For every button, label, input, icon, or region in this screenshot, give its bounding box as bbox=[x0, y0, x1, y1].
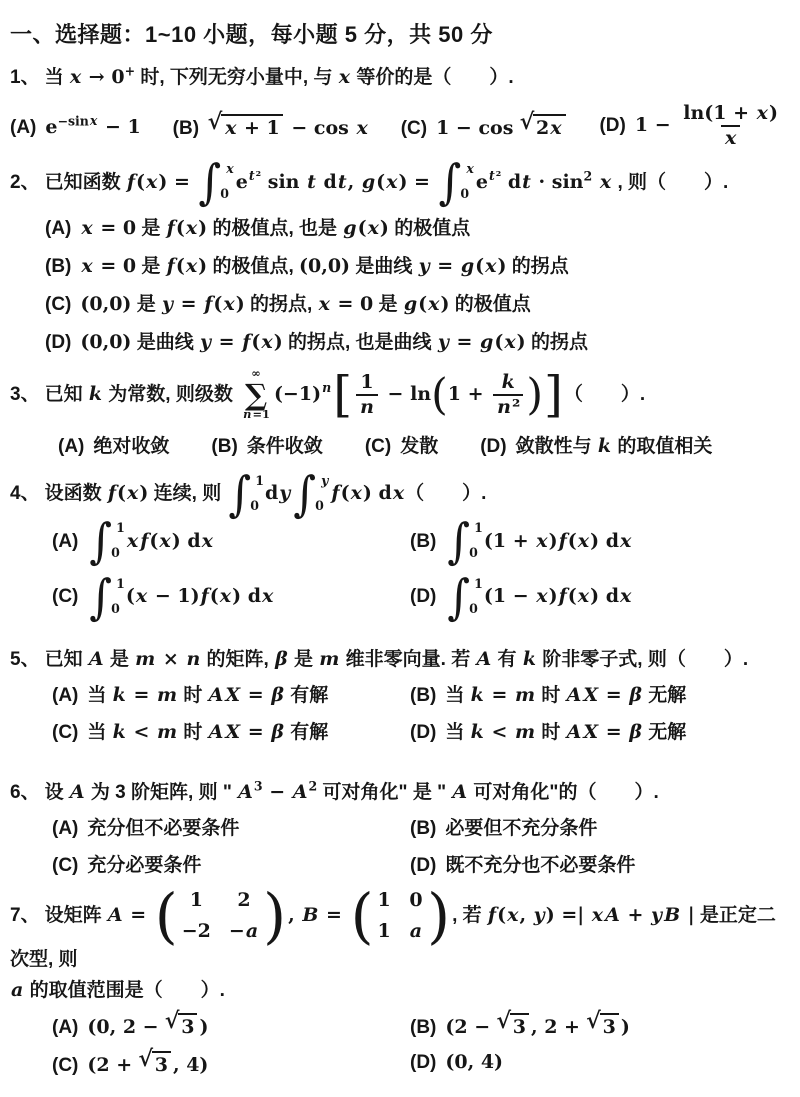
option-a: (A)充分但不必要条件 bbox=[52, 813, 410, 840]
question-1-stem: 1、当 x → 0+ 时, 下列无穷小量中, 与 x 等价的是（ ）. bbox=[10, 63, 790, 92]
option-body: 发散 bbox=[400, 436, 438, 457]
option-body: 既不充分也不必要条件 bbox=[445, 855, 635, 876]
question-number: 4、 bbox=[10, 483, 40, 504]
option-label: (D) bbox=[410, 1052, 436, 1073]
option-d: (D)当 k < m 时 AX = β 无解 bbox=[410, 717, 790, 744]
question-4-stem: 4、设函数 f(x) 连续, 则 ∫10dy∫y0f(x) dx（ ）. bbox=[10, 474, 790, 516]
question-3-stem: 3、已知 k 为常数, 则级数 ∞∑n=1(−1)n[1n − ln(1 + k… bbox=[10, 368, 790, 420]
option-label: (B) bbox=[45, 256, 71, 277]
option-body: (0,0) 是曲线 y = f(x) 的拐点, 也是曲线 y = g(x) 的拐… bbox=[80, 332, 588, 353]
question-text: 已知 k 为常数, 则级数 ∞∑n=1(−1)n[1n − ln(1 + kn²… bbox=[45, 384, 646, 405]
option-d: (D)∫10(1 − x)f(x) dx bbox=[410, 577, 790, 619]
option-label: (A) bbox=[45, 218, 71, 239]
question-2-stem: 2、已知函数 f(x) = ∫x0et² sin t dt, g(x) = ∫x… bbox=[10, 162, 790, 204]
option-label: (A) bbox=[58, 436, 84, 457]
option-body: (0, 2 − 3) bbox=[87, 1017, 208, 1038]
option-c: (C)发散 bbox=[365, 431, 438, 458]
option-a: (A)x = 0 是 f(x) 的极值点, 也是 g(x) 的极值点 bbox=[45, 213, 790, 240]
option-label: (B) bbox=[410, 1017, 436, 1038]
option-body: (2 − 3, 2 + 3) bbox=[445, 1017, 629, 1038]
question-7-stem-continued: a 的取值范围是（ ）. bbox=[10, 977, 790, 1005]
option-body: 1 − ln(1 + x)x bbox=[635, 115, 784, 136]
option-body: (0,0) 是 y = f(x) 的拐点, x = 0 是 g(x) 的极值点 bbox=[80, 294, 530, 315]
option-label: (B) bbox=[410, 818, 436, 839]
question-text: 已知函数 f(x) = ∫x0et² sin t dt, g(x) = ∫x0e… bbox=[45, 172, 729, 193]
option-b: (B)必要但不充分条件 bbox=[410, 813, 790, 840]
option-d: (D)敛散性与 k 的取值相关 bbox=[480, 431, 712, 458]
question-number: 3、 bbox=[10, 384, 40, 405]
option-label: (C) bbox=[401, 118, 427, 139]
option-b: (B)(2 − 3, 2 + 3) bbox=[410, 1011, 790, 1039]
option-label: (D) bbox=[410, 722, 436, 743]
question-2: 2、已知函数 f(x) = ∫x0et² sin t dt, g(x) = ∫x… bbox=[10, 162, 790, 355]
option-label: (A) bbox=[52, 1017, 78, 1038]
question-text: 已知 A 是 m × n 的矩阵, β 是 m 维非零向量. 若 A 有 k 阶… bbox=[45, 649, 749, 670]
option-c: (C)(2 + 3, 4) bbox=[52, 1049, 410, 1077]
option-body: e−sinx − 1 bbox=[45, 117, 140, 138]
option-c: (C)充分必要条件 bbox=[52, 850, 410, 877]
option-label: (D) bbox=[410, 586, 436, 607]
option-body: ∫10xf(x) dx bbox=[87, 531, 214, 552]
question-number: 1、 bbox=[10, 67, 40, 88]
option-label: (D) bbox=[599, 115, 625, 136]
question-2-options: (A)x = 0 是 f(x) 的极值点, 也是 g(x) 的极值点 (B)x … bbox=[10, 213, 790, 354]
option-body: 当 k < m 时 AX = β 无解 bbox=[445, 722, 686, 743]
option-b: (B)条件收敛 bbox=[211, 431, 322, 458]
option-a: (A)(0, 2 − 3) bbox=[52, 1011, 410, 1039]
option-b: (B)当 k = m 时 AX = β 无解 bbox=[410, 680, 790, 707]
option-label: (D) bbox=[480, 436, 506, 457]
option-body: 绝对收敛 bbox=[93, 436, 169, 457]
option-body: 条件收敛 bbox=[247, 436, 323, 457]
option-body: (2 + 3, 4) bbox=[87, 1055, 208, 1076]
question-1-options: (A)e−sinx − 1 (B)x + 1 − cos x (C)1 − co… bbox=[10, 98, 790, 154]
option-body: 充分必要条件 bbox=[87, 855, 201, 876]
question-5-stem: 5、已知 A 是 m × n 的矩阵, β 是 m 维非零向量. 若 A 有 k… bbox=[10, 646, 790, 674]
option-label: (A) bbox=[52, 818, 78, 839]
question-7-options: (A)(0, 2 − 3) (B)(2 − 3, 2 + 3) (C)(2 + … bbox=[10, 1011, 790, 1077]
option-body: x + 1 − cos x bbox=[208, 118, 369, 139]
option-body: (0, 4) bbox=[445, 1052, 503, 1073]
question-7-stem: 7、设矩阵 A = (12−2−a), B = (101a), 若 f(x, y… bbox=[10, 887, 790, 974]
question-5-options: (A)当 k = m 时 AX = β 有解 (B)当 k = m 时 AX =… bbox=[10, 680, 790, 744]
option-label: (B) bbox=[211, 436, 237, 457]
option-body: 充分但不必要条件 bbox=[87, 818, 239, 839]
question-3: 3、已知 k 为常数, 则级数 ∞∑n=1(−1)n[1n − ln(1 + k… bbox=[10, 368, 790, 457]
option-body: 当 k = m 时 AX = β 有解 bbox=[87, 685, 328, 706]
option-a: (A)绝对收敛 bbox=[58, 431, 169, 458]
question-6-options: (A)充分但不必要条件 (B)必要但不充分条件 (C)充分必要条件 (D)既不充… bbox=[10, 813, 790, 877]
option-b: (B)∫10(1 + x)f(x) dx bbox=[410, 521, 790, 563]
section-title: 一、选择题：1~10 小题，每小题 5 分，共 50 分 bbox=[10, 18, 790, 49]
option-a: (A)e−sinx − 1 bbox=[10, 113, 141, 138]
option-body: 当 k = m 时 AX = β 无解 bbox=[445, 685, 686, 706]
option-label: (A) bbox=[52, 531, 78, 552]
option-label: (C) bbox=[52, 586, 78, 607]
option-label: (C) bbox=[365, 436, 391, 457]
question-3-options: (A)绝对收敛 (B)条件收敛 (C)发散 (D)敛散性与 k 的取值相关 bbox=[10, 431, 790, 458]
option-label: (C) bbox=[45, 294, 71, 315]
option-label: (C) bbox=[52, 1055, 78, 1076]
exam-page: { "page": { "background": "#ffffff", "te… bbox=[0, 0, 800, 1097]
option-label: (C) bbox=[52, 855, 78, 876]
option-body: ∫10(1 + x)f(x) dx bbox=[445, 531, 632, 552]
option-a: (A)∫10xf(x) dx bbox=[52, 521, 410, 563]
option-label: (B) bbox=[410, 531, 436, 552]
option-body: 敛散性与 k 的取值相关 bbox=[516, 436, 713, 457]
question-1: 1、当 x → 0+ 时, 下列无穷小量中, 与 x 等价的是（ ）. (A)e… bbox=[10, 63, 790, 154]
option-d: (D)(0,0) 是曲线 y = f(x) 的拐点, 也是曲线 y = g(x)… bbox=[45, 327, 790, 354]
option-label: (B) bbox=[410, 685, 436, 706]
question-number: 2、 bbox=[10, 172, 40, 193]
question-text: 设矩阵 A = (12−2−a), B = (101a), 若 f(x, y) … bbox=[10, 905, 776, 970]
option-label: (D) bbox=[410, 855, 436, 876]
question-text: 设 A 为 3 阶矩阵, 则 " A3 − A2 可对角化" 是 " A 可对角… bbox=[45, 782, 659, 803]
option-body: ∫10(1 − x)f(x) dx bbox=[445, 586, 632, 607]
option-c: (C)∫10(x − 1)f(x) dx bbox=[52, 577, 410, 619]
option-a: (A)当 k = m 时 AX = β 有解 bbox=[52, 680, 410, 707]
question-text: 当 x → 0+ 时, 下列无穷小量中, 与 x 等价的是（ ）. bbox=[45, 67, 514, 88]
option-label: (D) bbox=[45, 332, 71, 353]
option-body: 当 k < m 时 AX = β 有解 bbox=[87, 722, 328, 743]
question-number: 6、 bbox=[10, 782, 40, 803]
option-body: x = 0 是 f(x) 的极值点, 也是 g(x) 的极值点 bbox=[80, 218, 470, 239]
option-body: 必要但不充分条件 bbox=[445, 818, 597, 839]
option-d: (D)既不充分也不必要条件 bbox=[410, 850, 790, 877]
option-body: 1 − cos 2x bbox=[436, 118, 568, 139]
option-label: (A) bbox=[52, 685, 78, 706]
option-b: (B)x = 0 是 f(x) 的极值点, (0,0) 是曲线 y = g(x)… bbox=[45, 251, 790, 278]
option-d: (D)1 − ln(1 + x)x bbox=[599, 102, 784, 150]
option-d: (D)(0, 4) bbox=[410, 1051, 790, 1074]
option-label: (C) bbox=[52, 722, 78, 743]
question-4-options: (A)∫10xf(x) dx (B)∫10(1 + x)f(x) dx (C)∫… bbox=[10, 521, 790, 618]
question-text: 设函数 f(x) 连续, 则 ∫10dy∫y0f(x) dx（ ）. bbox=[45, 483, 487, 504]
option-body: ∫10(x − 1)f(x) dx bbox=[87, 586, 274, 607]
question-6-stem: 6、设 A 为 3 阶矩阵, 则 " A3 − A2 可对角化" 是 " A 可… bbox=[10, 778, 790, 807]
option-c: (C)当 k < m 时 AX = β 有解 bbox=[52, 717, 410, 744]
option-c: (C)1 − cos 2x bbox=[401, 112, 568, 140]
question-4: 4、设函数 f(x) 连续, 则 ∫10dy∫y0f(x) dx（ ）. (A)… bbox=[10, 474, 790, 619]
question-number: 5、 bbox=[10, 649, 40, 670]
question-6: 6、设 A 为 3 阶矩阵, 则 " A3 − A2 可对角化" 是 " A 可… bbox=[10, 778, 790, 877]
option-label: (A) bbox=[10, 117, 36, 138]
question-7: 7、设矩阵 A = (12−2−a), B = (101a), 若 f(x, y… bbox=[10, 887, 790, 1077]
question-5: 5、已知 A 是 m × n 的矩阵, β 是 m 维非零向量. 若 A 有 k… bbox=[10, 646, 790, 744]
question-number: 7、 bbox=[10, 905, 40, 926]
option-c: (C)(0,0) 是 y = f(x) 的拐点, x = 0 是 g(x) 的极… bbox=[45, 289, 790, 316]
option-b: (B)x + 1 − cos x bbox=[173, 112, 369, 140]
option-body: x = 0 是 f(x) 的极值点, (0,0) 是曲线 y = g(x) 的拐… bbox=[80, 256, 568, 277]
option-label: (B) bbox=[173, 118, 199, 139]
